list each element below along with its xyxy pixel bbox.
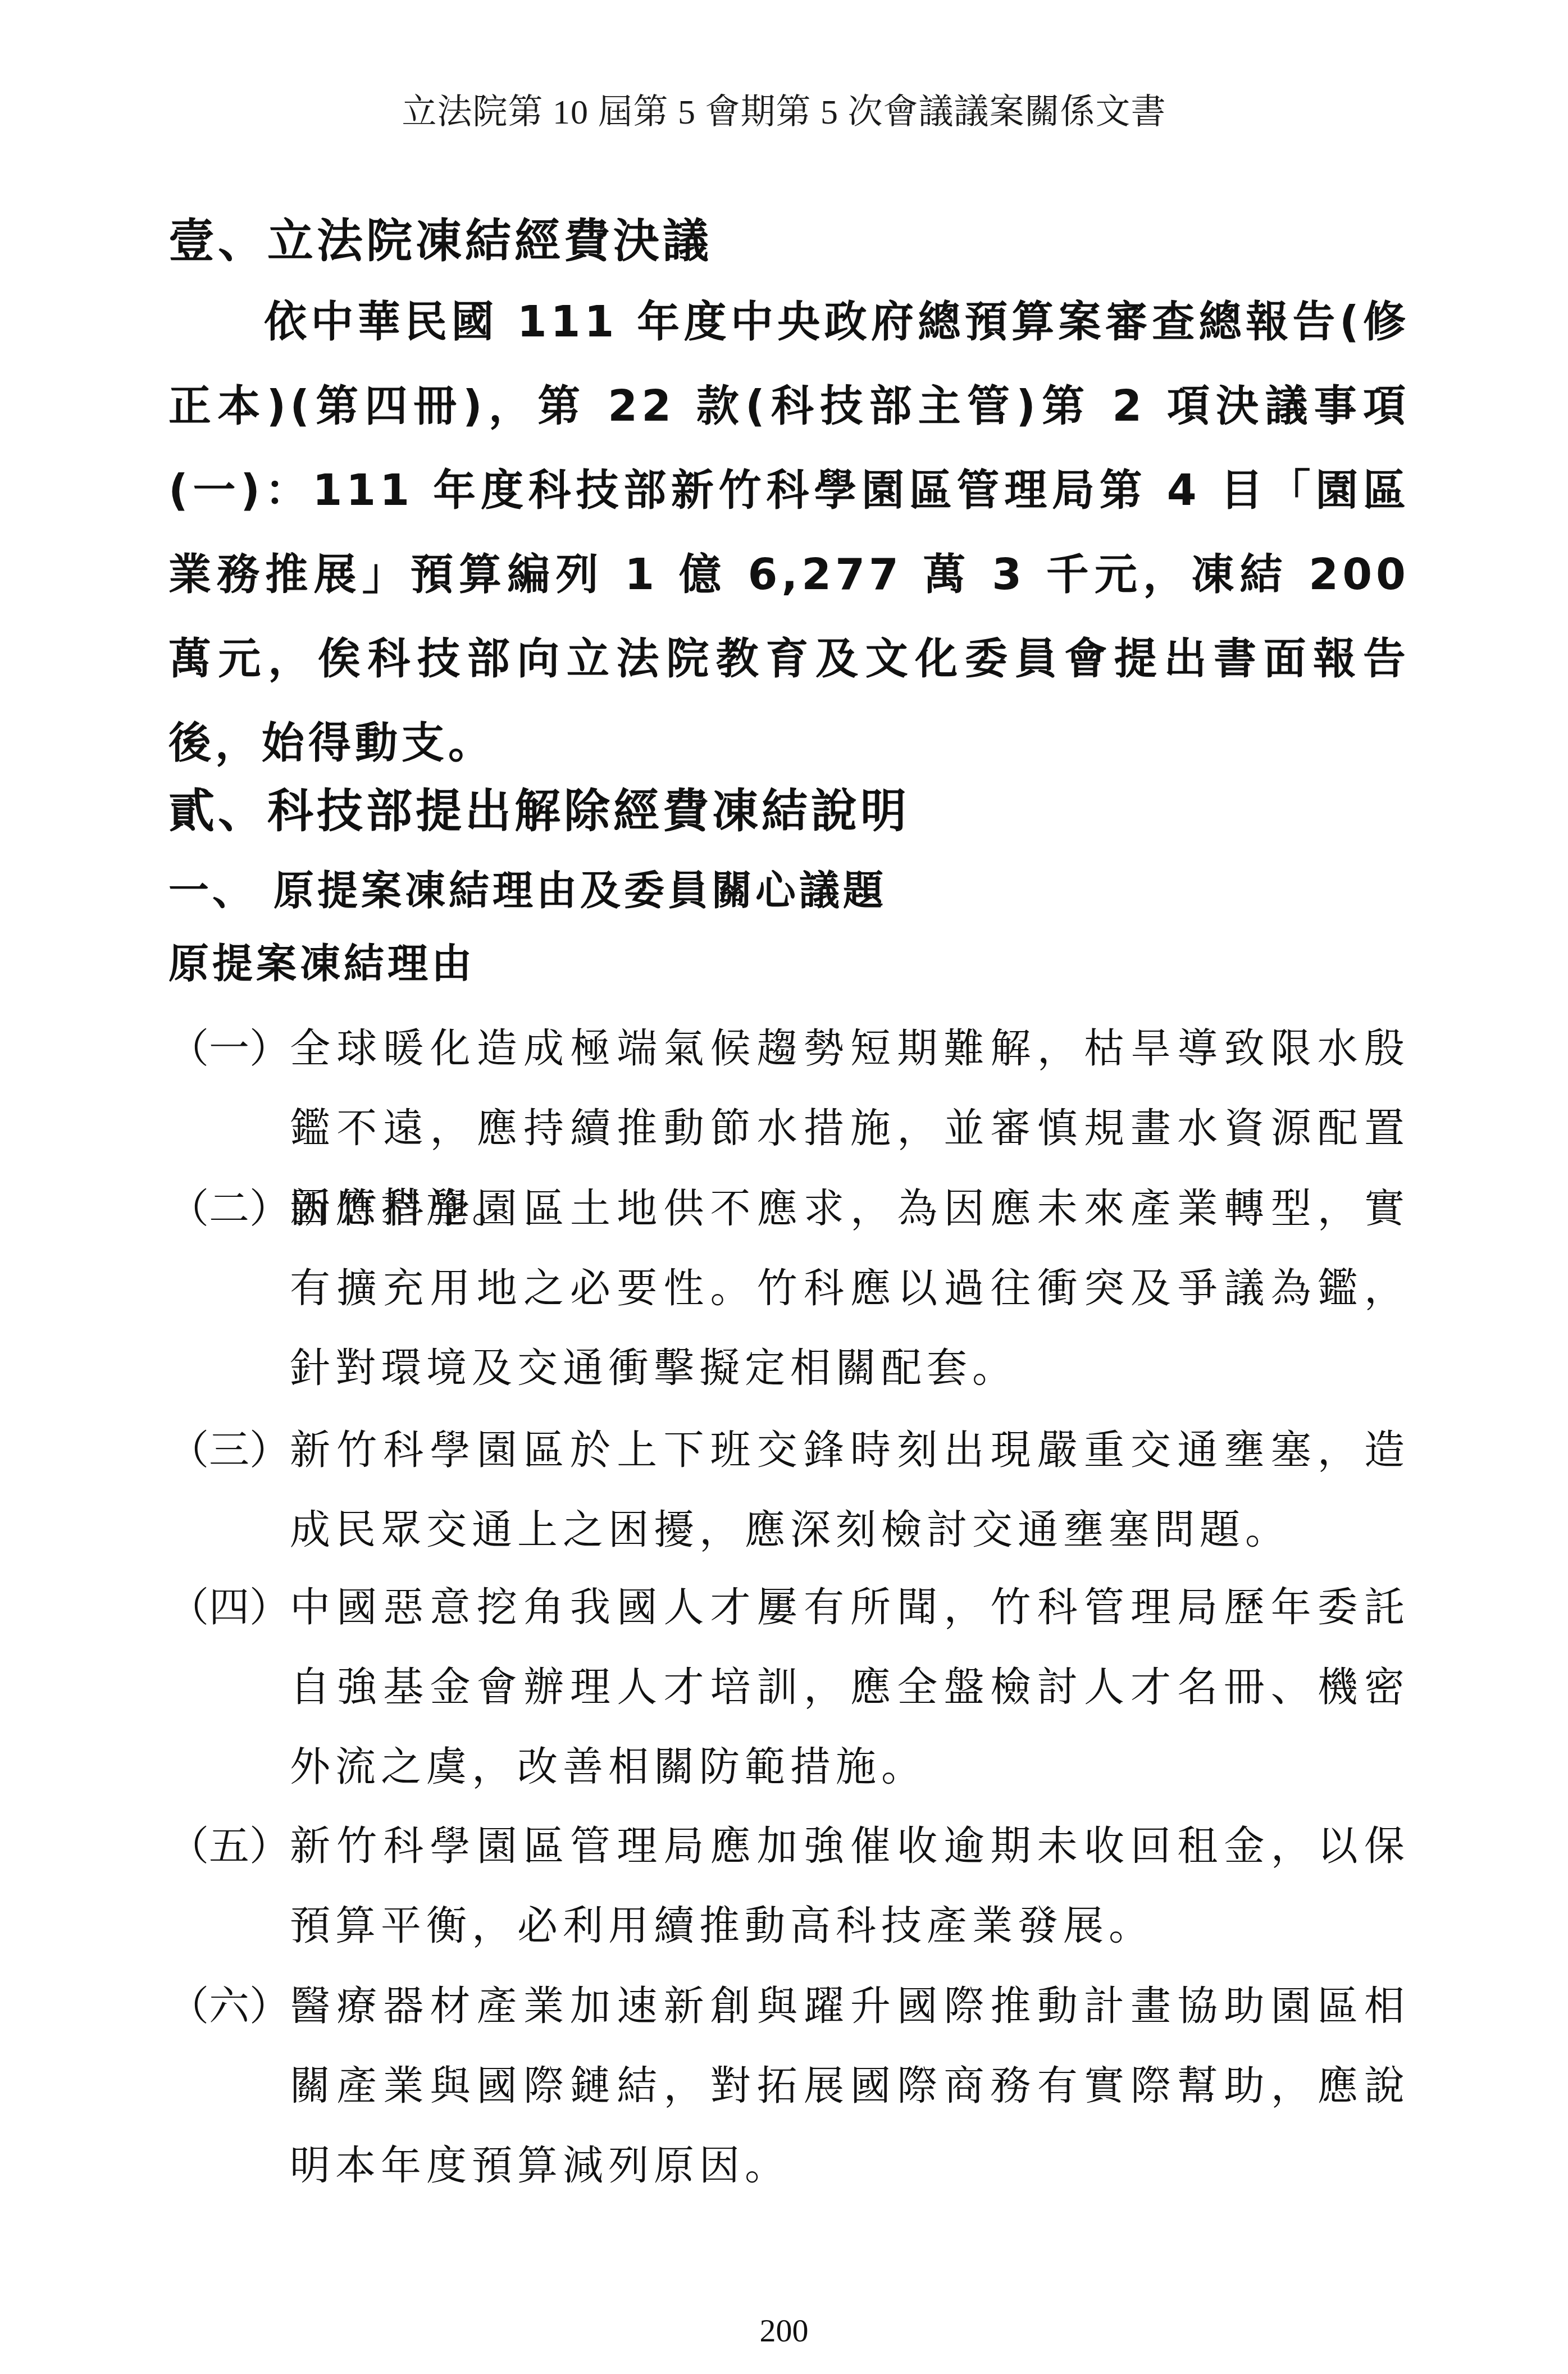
reason-item-3: （三） 新竹科學園區於上下班交鋒時刻出現嚴重交通壅塞，造成民眾交通上之困擾，應深… [168,1410,1410,1569]
original-freeze-reasons-label: 原提案凍結理由 [168,938,475,988]
section-2-heading: 貳、科技部提出解除經費凍結說明 [168,783,910,840]
item-text: 中國惡意挖角我國人才屢有所聞，竹科管理局歷年委託自強基金會辦理人才培訓，應全盤檢… [290,1567,1410,1806]
reason-item-2: （二） 新竹科學園區土地供不應求，為因應未來產業轉型，實有擴充用地之必要性。竹科… [168,1168,1410,1407]
page-number: 200 [0,2308,1568,2353]
item-text: 新竹科學園區於上下班交鋒時刻出現嚴重交通壅塞，造成民眾交通上之困擾，應深刻檢討交… [290,1410,1410,1569]
section-1-heading: 壹、立法院凍結經費決議 [168,213,712,270]
reason-item-6: （六） 醫療器材產業加速新創與躍升國際推動計畫協助園區相關產業與國際鏈結，對拓展… [168,1966,1410,2205]
running-header: 立法院第 10 屆第 5 會期第 5 次會議議案關係文書 [0,90,1568,135]
item-number: （五） [168,1806,290,1885]
item-number: （六） [168,1966,290,2045]
document-page: 立法院第 10 屆第 5 會期第 5 次會議議案關係文書 壹、立法院凍結經費決議… [0,0,1568,2374]
reason-item-4: （四） 中國惡意挖角我國人才屢有所聞，竹科管理局歷年委託自強基金會辦理人才培訓，… [168,1567,1410,1806]
item-text: 新竹科學園區土地供不應求，為因應未來產業轉型，實有擴充用地之必要性。竹科應以過往… [290,1168,1410,1407]
item-number: （一） [168,1008,290,1088]
item-number: （四） [168,1567,290,1647]
reason-item-5: （五） 新竹科學園區管理局應加強催收逾期未收回租金，以保預算平衡，必利用續推動高… [168,1806,1410,1965]
section-2-subheading: 一、 原提案凍結理由及委員關心議題 [168,865,887,915]
item-number: （三） [168,1410,290,1489]
section-1-paragraph: 依中華民國 111 年度中央政府總預算案審查總報告(修正本)(第四冊)，第 22… [168,280,1410,785]
item-number: （二） [168,1168,290,1248]
item-text: 醫療器材產業加速新創與躍升國際推動計畫協助園區相關產業與國際鏈結，對拓展國際商務… [290,1966,1410,2205]
item-text: 新竹科學園區管理局應加強催收逾期未收回租金，以保預算平衡，必利用續推動高科技產業… [290,1806,1410,1965]
